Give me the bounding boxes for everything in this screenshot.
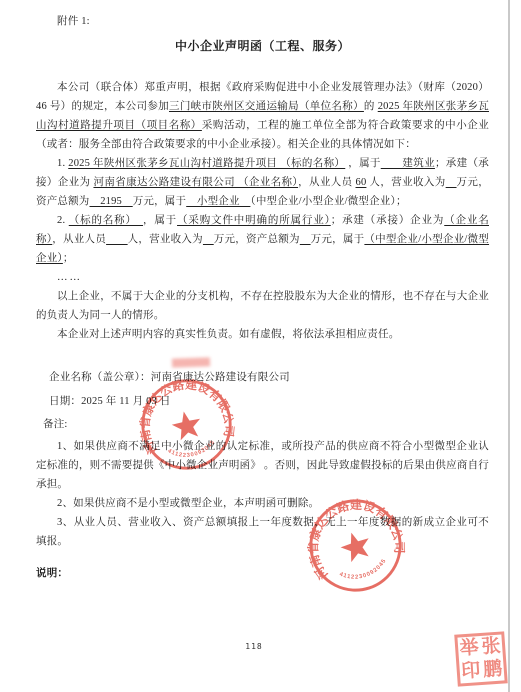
paragraph-text: ，从业人员	[298, 177, 355, 188]
filled-in-value	[106, 234, 128, 245]
paragraph: 日期：2025 年 11 月 03 日	[36, 392, 489, 411]
filled-in-value	[446, 177, 457, 188]
paragraph-text: 3、从业人员、营业收入、资产总额填报上一年度数据，无上一年度数据的新成立企业可不…	[36, 517, 489, 547]
paragraph-text: 2、如果供应商不是小型或微型企业，本声明函可删除。	[57, 498, 319, 509]
paragraph-text: ；	[63, 253, 74, 264]
paragraph-text: 万元，属于	[133, 196, 187, 207]
paragraph-text: 人，营业收入为	[366, 177, 445, 188]
paragraph: 备注:	[36, 415, 489, 434]
paragraph-text: 万元，资产总额为	[214, 234, 300, 245]
paragraph-text: 本企业对上述声明内容的真实性负责。如有虚假，将依法承担相应责任。	[57, 329, 399, 340]
paragraph-text: 备注:	[43, 419, 68, 430]
filled-in-value: 小型企业	[186, 196, 250, 207]
page-title: 中小企业声明函（工程、服务）	[36, 37, 489, 56]
paragraph-text: 1、如果供应商不满足中小微企业的认定标准，或所投产品的供应商不符合小型微型企业认…	[36, 441, 489, 490]
document-page: 附件 1: 中小企业声明函（工程、服务） 本公司（联合体）郑重声明，根据《政府采…	[0, 0, 521, 692]
filled-in-value: 2025 年陕州区张茅乡瓦山沟村道路提升项目 （标的名称）	[68, 158, 345, 169]
filled-in-value: 建筑业	[381, 158, 435, 169]
paragraph-text: 万元，属于	[311, 234, 365, 245]
paragraph-text: 企业名称（盖公章）：河南省康达公路建设有限公司	[49, 372, 290, 383]
paragraph-text: 人，营业收入为	[128, 234, 203, 245]
paragraph-text: 2.	[57, 215, 69, 226]
paragraph: 说明：	[36, 564, 489, 583]
paragraph: 本公司（联合体）郑重声明，根据《政府采购促进中小企业发展管理办法》（财库（202…	[36, 78, 489, 154]
paragraph: 1. 2025 年陕州区张茅乡瓦山沟村道路提升项目 （标的名称） ，属于 建筑业…	[36, 154, 489, 211]
paragraph-text: ……	[57, 272, 82, 283]
filled-in-value: 2195	[90, 196, 133, 207]
paragraph: 2、如果供应商不是小型或微型企业，本声明函可删除。	[36, 494, 489, 513]
attachment-label: 附件 1:	[36, 12, 489, 31]
filled-in-value: 三门峡市陕州区交通运输局（单位名称）	[169, 101, 364, 112]
document-body: 附件 1: 中小企业声明函（工程、服务） 本公司（联合体）郑重声明，根据《政府采…	[36, 12, 489, 583]
paragraph-text: ，属于	[345, 158, 380, 169]
paragraph: 1、如果供应商不满足中小微企业的认定标准，或所投产品的供应商不符合小型微型企业认…	[36, 437, 489, 494]
seal-char: 鹏	[481, 657, 505, 681]
filled-in-value: （标的名称）	[69, 215, 143, 226]
paragraph: 本企业对上述声明内容的真实性负责。如有虚假，将依法承担相应责任。	[36, 325, 489, 344]
page-edge-line	[508, 0, 510, 692]
paragraph-text: 以上企业，不属于大企业的分支机构，不存在控股股东为大企业的情形，也不存在与大企业…	[36, 291, 489, 321]
paragraph-text: ，从业人员	[52, 234, 106, 245]
paragraph-text: 的	[364, 101, 378, 112]
seal-char: 印	[459, 659, 483, 683]
filled-in-value: 60	[356, 177, 367, 188]
paragraph: 以上企业，不属于大企业的分支机构，不存在控股股东为大企业的情形，也不存在与大企业…	[36, 287, 489, 325]
paragraph: 企业名称（盖公章）：河南省康达公路建设有限公司	[36, 368, 489, 387]
paragraph-text: 日期：2025 年 11 月 03 日	[49, 396, 171, 407]
paragraph-text: ，属于	[143, 215, 177, 226]
page-number: 118	[0, 642, 508, 651]
paragraph: 3、从业人员、营业收入、资产总额填报上一年度数据，无上一年度数据的新成立企业可不…	[36, 513, 489, 551]
personal-name-seal: 举 张 印 鹏	[454, 631, 508, 686]
filled-in-value	[300, 234, 311, 245]
paragraph-text: 说明：	[36, 568, 68, 579]
paragraph: ……	[36, 268, 489, 287]
filled-in-value: 河南省康达公路建设有限公司 （企业名称）	[93, 177, 298, 188]
paragraph-text: ；承建（承接）企业为	[331, 215, 445, 226]
filled-in-value: （采购文件中明确的所属行业）	[177, 215, 331, 226]
paragraph-text: （中型企业/小型企业/微型企业）；	[250, 196, 406, 207]
paragraph-text: 1.	[57, 158, 68, 169]
paragraph: 2. （标的名称） ，属于（采购文件中明确的所属行业）；承建（承接）企业为（企业…	[36, 211, 489, 268]
filled-in-value	[203, 234, 214, 245]
